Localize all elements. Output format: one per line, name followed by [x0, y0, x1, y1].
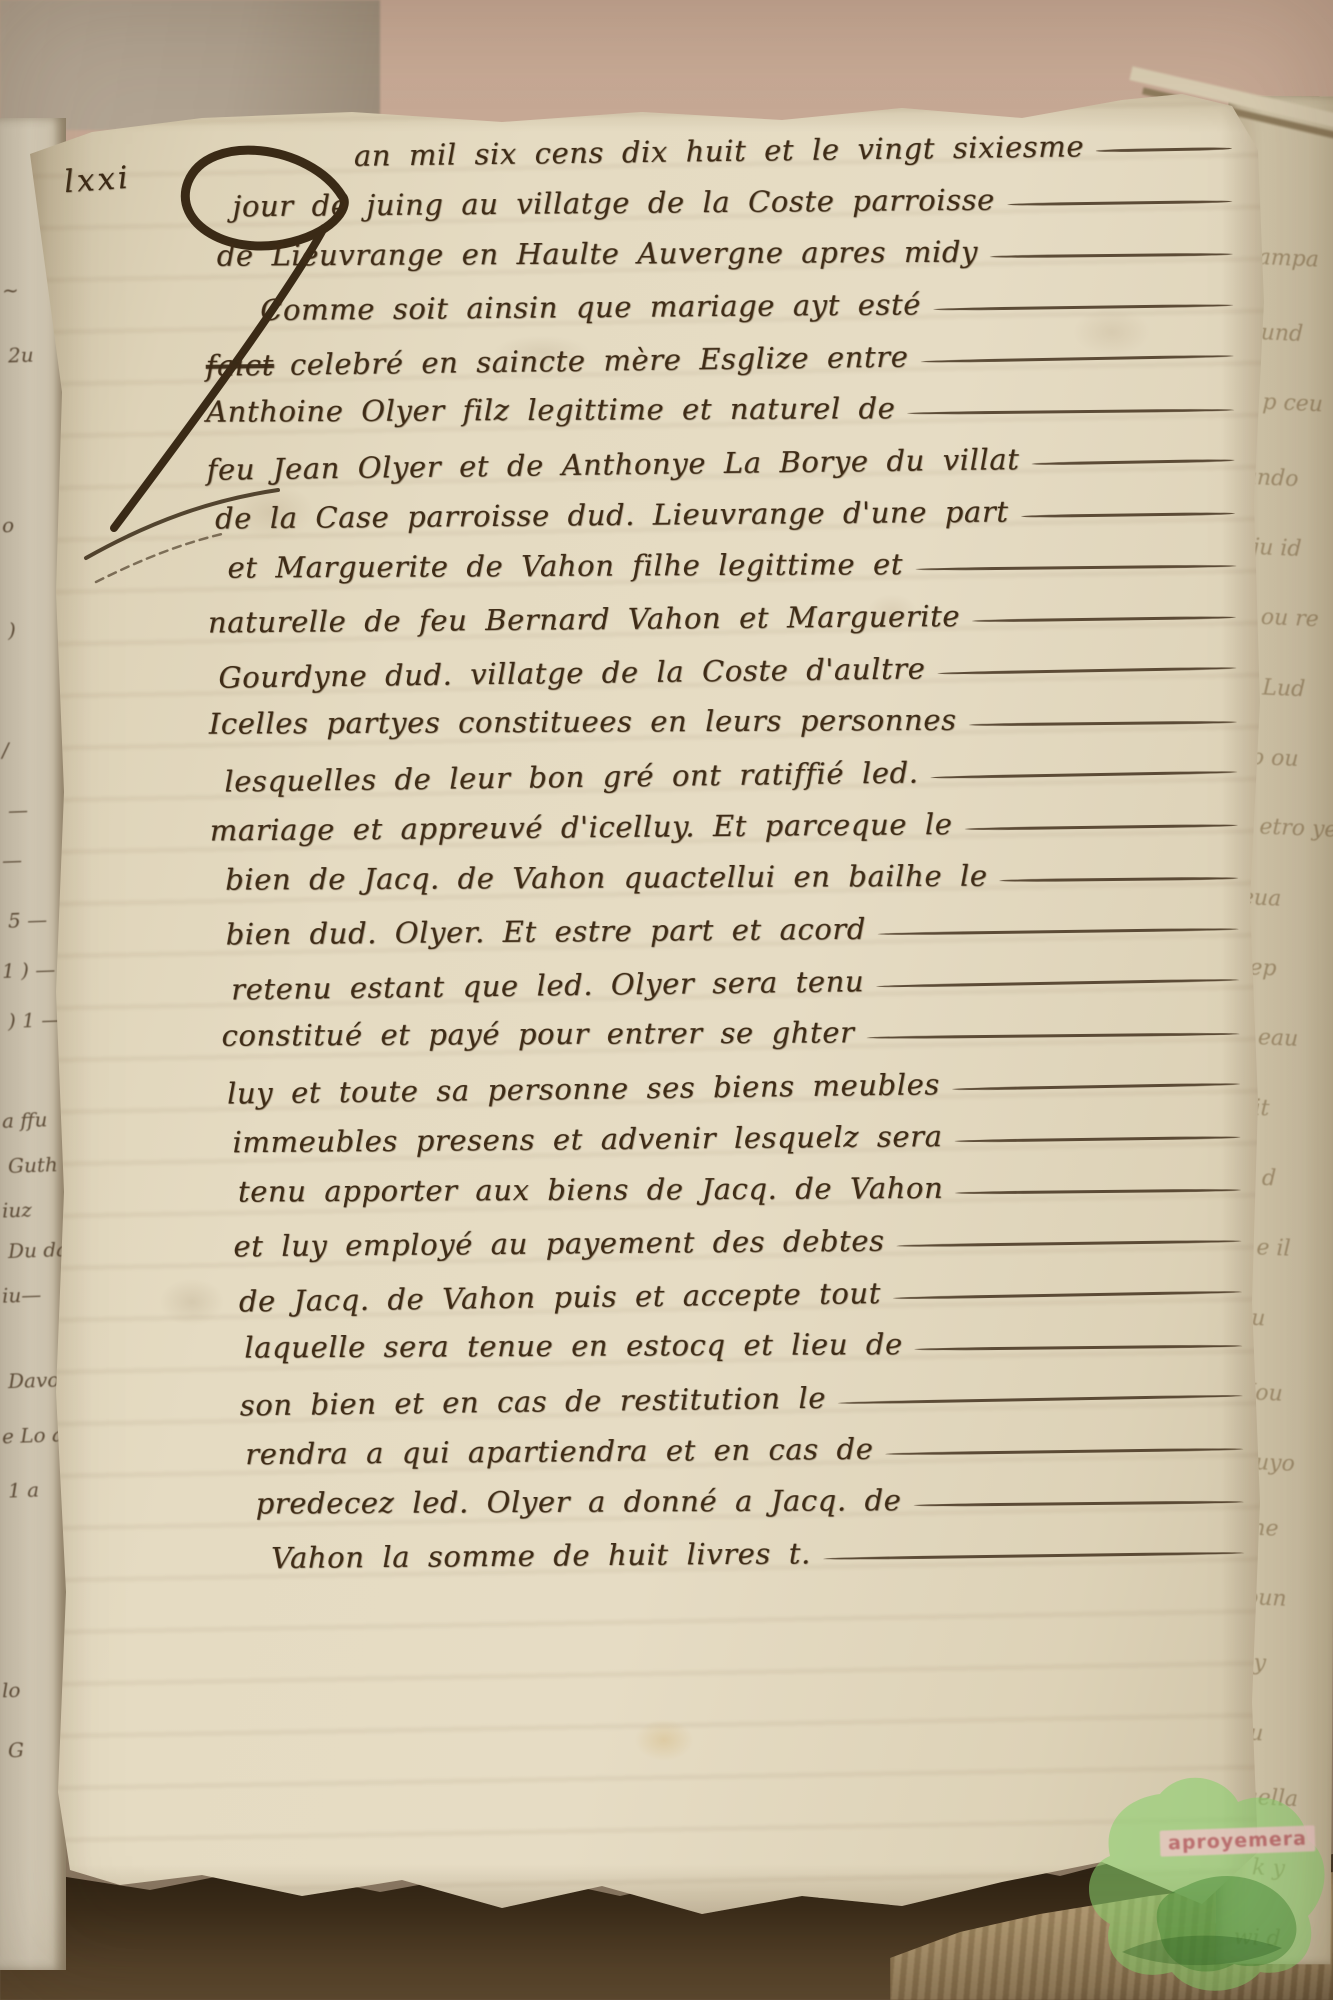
- line-text: lesquelles de leur bon gré ont ratiffié …: [224, 748, 919, 805]
- ghost-text-fragment: ju id: [1252, 535, 1302, 562]
- ghost-text-fragment: ~: [2, 278, 20, 303]
- ghost-text-fragment: 1 ) —: [2, 957, 56, 983]
- line-text: predecez led. Olyer a donné a Jacq. de: [256, 1476, 902, 1527]
- manuscript-line: Icelles partyes constituees en leurs per…: [209, 694, 1241, 751]
- ghost-text-fragment: k y: [1252, 1855, 1286, 1881]
- struck-word: faict: [205, 341, 274, 390]
- ghost-text-fragment: G: [8, 1738, 25, 1763]
- ghost-text-fragment: /: [2, 738, 10, 762]
- line-filler-stroke: [913, 1500, 1243, 1506]
- manuscript-line: jour de juing au villatge de la Coste pa…: [204, 174, 1236, 235]
- line-text: de Jacq. de Vahon puis et accepte tout: [239, 1269, 882, 1325]
- line-filler-stroke: [885, 1448, 1243, 1456]
- ghost-text-fragment: 2u: [8, 343, 34, 368]
- line-text: Vahon la somme de huit livres t.: [271, 1529, 811, 1582]
- line-filler-stroke: [878, 928, 1239, 936]
- line-filler-stroke: [1000, 877, 1239, 882]
- line-filler-stroke: [1021, 512, 1235, 518]
- line-text: constitué et payé pour entrer se ghter: [221, 1008, 854, 1059]
- ghost-text-fragment: ou re: [1260, 605, 1319, 632]
- manuscript-line: predecez led. Olyer a donné a Jacq. de: [216, 1474, 1248, 1531]
- ghost-text-fragment: Guth: [8, 1152, 59, 1178]
- line-filler-stroke: [915, 1344, 1243, 1350]
- line-text: et Marguerite de Vahon filhe legittime e…: [227, 540, 903, 592]
- manuscript-line: laquelle sera tenue en estocq et lieu de: [214, 1318, 1246, 1375]
- manuscript-line: de Jacq. de Vahon puis et accepte tout: [214, 1264, 1247, 1330]
- manuscript-line: rendra a qui apartiendra et en cas de: [215, 1421, 1247, 1482]
- ghost-text-fragment: uyo: [1254, 1450, 1295, 1477]
- ghost-text-fragment: a ffu: [2, 1107, 48, 1133]
- line-filler-stroke: [838, 1394, 1243, 1404]
- line-text: Anthoine Olyer filz legittime et naturel…: [206, 384, 896, 436]
- line-filler-stroke: [1031, 459, 1234, 466]
- line-text: jour de juing au villatge de la Coste pa…: [232, 176, 995, 231]
- line-filler-stroke: [931, 770, 1238, 779]
- line-text: rendra a qui apartiendra et en cas de: [245, 1425, 874, 1478]
- ghost-text-fragment: ) 1 —: [8, 1007, 62, 1033]
- ghost-text-fragment: Du da: [8, 1237, 69, 1263]
- line-filler-stroke: [876, 978, 1239, 988]
- manuscript-page: lxxi an mil six cens dix huit et le ving…: [22, 92, 1267, 1924]
- line-filler-stroke: [954, 1136, 1240, 1143]
- ghost-text-fragment: o ou: [1250, 745, 1299, 772]
- line-filler-stroke: [964, 824, 1237, 831]
- line-text: laquelle sera tenue en estocq et lieu de: [244, 1320, 903, 1371]
- manuscript-photo: campajundp ceuandoju idou ree Ludo ouetr…: [0, 0, 1333, 2000]
- ghost-text-fragment: ): [8, 618, 17, 642]
- ghost-text-fragment: e il: [1256, 1235, 1291, 1261]
- ghost-text-fragment: iu—: [2, 1282, 42, 1307]
- ghost-text-fragment: p ceu: [1262, 390, 1324, 418]
- line-text: an mil six cens dix huit et le vingt six…: [354, 122, 1085, 180]
- line-text: Comme soit ainsin que mariage ayt esté: [260, 280, 921, 334]
- line-filler-stroke: [969, 721, 1237, 727]
- ghost-text-fragment: eau: [1257, 1025, 1298, 1052]
- ghost-text-fragment: —: [2, 848, 23, 873]
- manuscript-line: mariage et appreuvé d'icelluy. Et parceq…: [210, 797, 1242, 858]
- line-filler-stroke: [897, 1240, 1242, 1248]
- manuscript-line: Anthoine Olyer filz legittime et naturel…: [206, 382, 1238, 439]
- manuscript-line: constitué et payé pour entrer se ghter: [211, 1006, 1243, 1063]
- manuscript-line: faictcelebré en saincte mère Esglize ent…: [205, 328, 1238, 394]
- line-text: mariage et appreuvé d'icelluy. Et parceq…: [210, 800, 953, 854]
- manuscript-text-block: an mil six cens dix huit et le vingt six…: [204, 122, 1249, 1587]
- paper-stains: [22, 92, 1267, 1924]
- manuscript-line: feu Jean Olyer et de Anthonye La Borye d…: [206, 432, 1239, 498]
- manuscript-line: et Marguerite de Vahon filhe legittime e…: [207, 538, 1239, 595]
- line-filler-stroke: [937, 667, 1236, 675]
- line-text: feu Jean Olyer et de Anthonye La Borye d…: [206, 435, 1019, 494]
- line-filler-stroke: [907, 408, 1234, 414]
- ghost-text-fragment: wi d: [1233, 1925, 1281, 1952]
- ghost-text-fragment: o: [2, 513, 15, 537]
- line-text: et luy employé au payement des debtes: [233, 1217, 885, 1271]
- folio-number: lxxi: [63, 160, 132, 201]
- line-filler-stroke: [990, 253, 1233, 259]
- manuscript-line: de la Case parroisse dud. Lieuvrange d'u…: [207, 486, 1239, 547]
- line-filler-stroke: [915, 564, 1236, 570]
- line-text: immeubles presens et advenir lesquelz se…: [232, 1112, 942, 1166]
- ghost-text-fragment: —: [8, 798, 29, 823]
- line-text: de Lieuvrange en Haulte Auvergne apres m…: [217, 228, 978, 280]
- manuscript-line: tenu apporter aux biens de Jacq. de Vaho…: [213, 1162, 1245, 1219]
- manuscript-line: bien de Jacq. de Vahon quactellui en bai…: [210, 850, 1242, 907]
- line-filler-stroke: [823, 1551, 1244, 1560]
- line-text: tenu apporter aux biens de Jacq. de Vaho…: [238, 1164, 944, 1216]
- table-surface-bottom-left: [0, 0, 380, 130]
- manuscript-line: an mil six cens dix huit et le vingt six…: [204, 120, 1237, 186]
- line-text: son bien et en cas de restitution le: [239, 1374, 826, 1430]
- manuscript-line: de Lieuvrange en Haulte Auvergne apres m…: [205, 226, 1237, 283]
- line-text: bien de Jacq. de Vahon quactellui en bai…: [225, 852, 988, 904]
- ghost-text-fragment: 5 —: [8, 907, 48, 932]
- initial-flourish: [80, 130, 400, 600]
- manuscript-line: Gourdyne dud. villatge de la Coste d'aul…: [208, 640, 1241, 706]
- line-filler-stroke: [920, 354, 1233, 363]
- ghost-text-fragment: lo: [2, 1678, 21, 1703]
- line-filler-stroke: [933, 304, 1233, 311]
- manuscript-line: Vahon la somme de huit livres t.: [216, 1525, 1248, 1586]
- manuscript-line: bien dud. Olyer. Et estre part et acord: [210, 901, 1242, 962]
- manuscript-line: luy et toute sa personne ses biens meubl…: [212, 1056, 1245, 1122]
- line-text: de la Case parroisse dud. Lieuvrange d'u…: [215, 488, 1009, 543]
- line-filler-stroke: [893, 1290, 1242, 1299]
- line-filler-stroke: [1007, 200, 1232, 206]
- ghost-text-fragment: 1 a: [8, 1477, 40, 1502]
- line-filler-stroke: [955, 1189, 1241, 1195]
- manuscript-line: retenu estant que led. Olyer sera tenu: [211, 952, 1244, 1018]
- line-text: Gourdyne dud. villatge de la Coste d'aul…: [218, 644, 926, 701]
- line-text: Icelles partyes constituees en leurs per…: [209, 696, 957, 748]
- ghost-text-fragment: ep: [1249, 955, 1277, 981]
- manuscript-line: lesquelles de leur bon gré ont ratiffié …: [209, 744, 1242, 810]
- manuscript-line: naturelle de feu Bernard Vahon et Margue…: [208, 590, 1240, 651]
- manuscript-line: son bien et en cas de restitution le: [214, 1368, 1247, 1434]
- line-text: bien dud. Olyer. Et estre part et acord: [225, 905, 866, 959]
- manuscript-line: Comme soit ainsin que mariage ayt esté: [205, 278, 1237, 339]
- facing-page-gutter: ~2uo)/——5 —1 ) —) 1 —a ffuGuthiuzDu daiu…: [0, 118, 66, 1970]
- ghost-text-fragment: y: [1253, 1651, 1266, 1676]
- manuscript-line: et luy employé au payement des debtes: [213, 1213, 1245, 1274]
- line-filler-stroke: [1096, 147, 1232, 152]
- line-text: celebré en saincte mère Esglize entre: [290, 333, 909, 389]
- line-text: luy et toute sa personne ses biens meubl…: [227, 1060, 940, 1117]
- line-filler-stroke: [867, 1032, 1240, 1039]
- line-text: retenu estant que led. Olyer sera tenu: [231, 957, 865, 1013]
- line-filler-stroke: [952, 1083, 1240, 1091]
- ghost-text-fragment: iuz: [2, 1197, 33, 1222]
- manuscript-line: immeubles presens et advenir lesquelz se…: [212, 1109, 1244, 1170]
- line-text: naturelle de feu Bernard Vahon et Margue…: [208, 592, 961, 647]
- line-filler-stroke: [972, 616, 1236, 623]
- ghost-text-fragment: etro ye: [1259, 815, 1333, 843]
